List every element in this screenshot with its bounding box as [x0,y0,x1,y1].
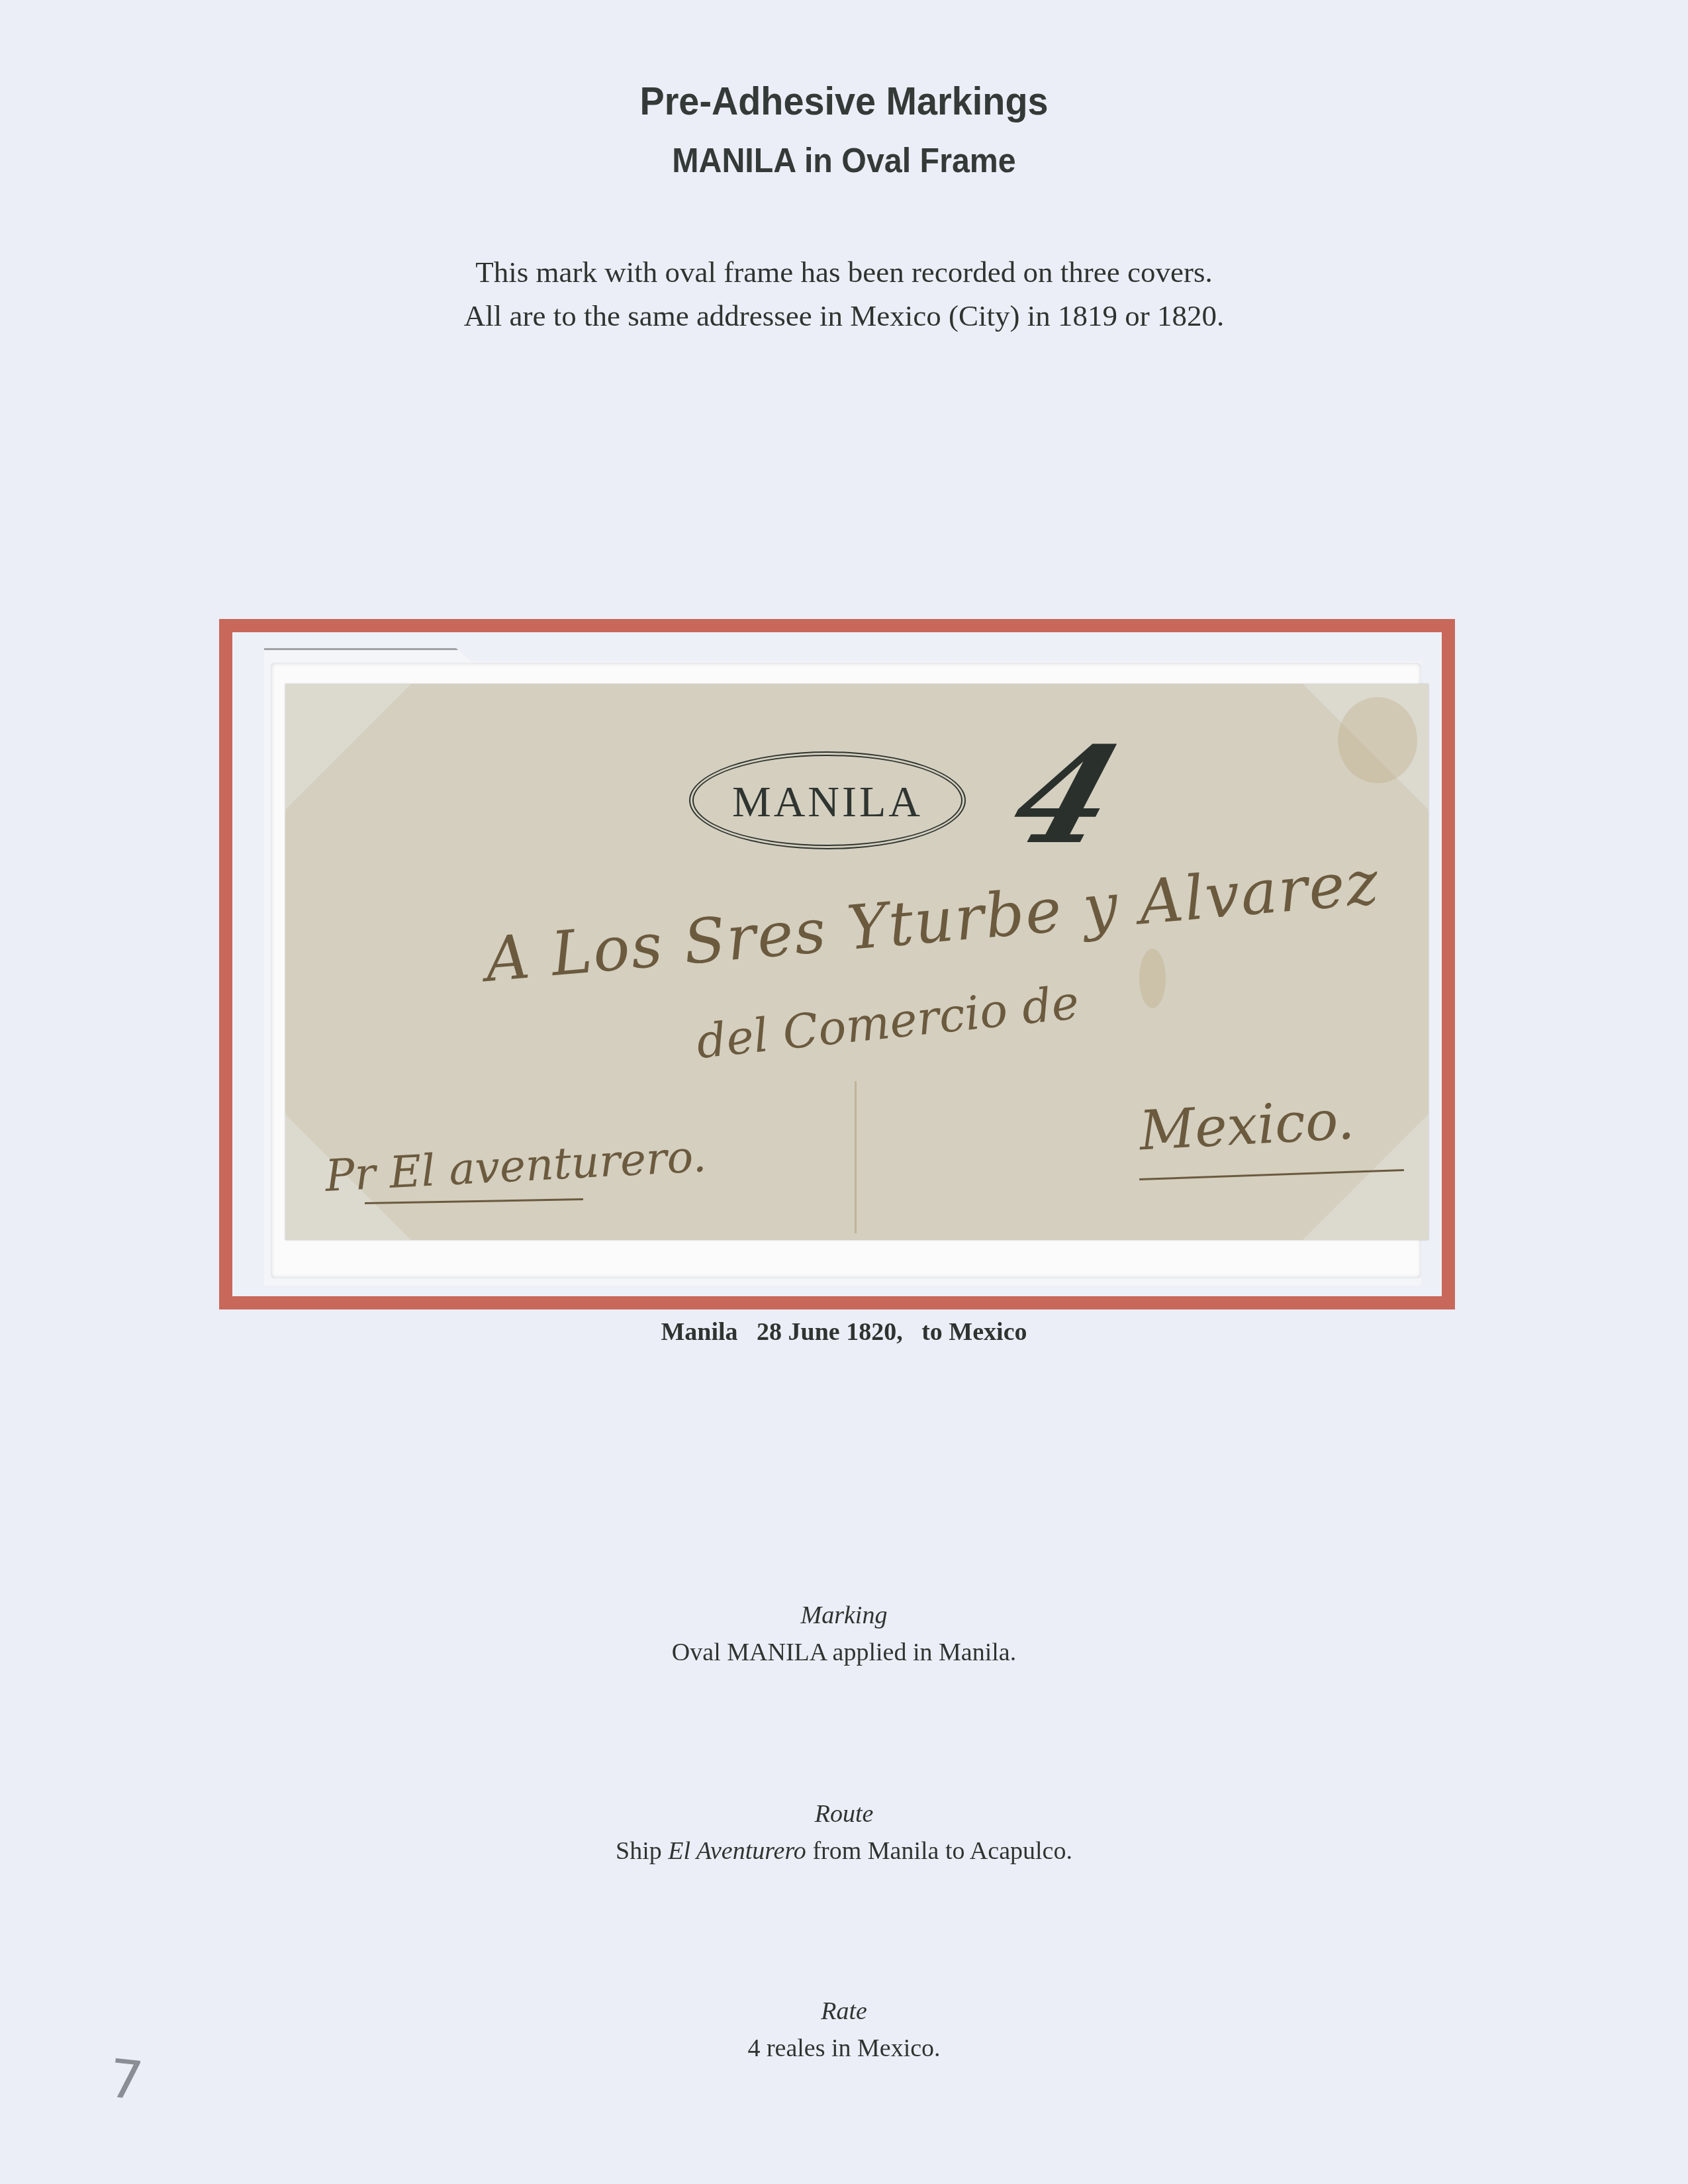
manila-oval-postmark: MANILA [689,751,966,849]
address-line-1: A Los Sres Yturbe y Alvarez [483,847,1382,996]
intro-line-2: All are to the same addressee in Mexico … [0,294,1688,338]
endorsement-underline [365,1198,583,1204]
paper-crease [855,1081,857,1233]
intro-line-1: This mark with oval frame has been recor… [0,250,1688,294]
section-heading: Route [0,1795,1688,1832]
ship-endorsement: Pr El aventurero. [324,1131,707,1202]
paper-stain [1139,949,1166,1008]
section-text: Ship El Aventurero from Manila to Acapul… [0,1832,1688,1870]
page-title: Pre-Adhesive Markings [59,78,1629,124]
section-marking: Marking Oval MANILA applied in Manila. [0,1597,1688,1671]
postal-cover-image: MANILA 4 A Los Sres Yturbe y Alvarez del… [285,684,1429,1240]
cover-frame: MANILA 4 A Los Sres Yturbe y Alvarez del… [219,619,1455,1309]
paper-stain [1338,697,1417,783]
intro-text: This mark with oval frame has been recor… [0,250,1688,338]
cover-caption: Manila 28 June 1820, to Mexico [0,1317,1688,1347]
section-route: Route Ship El Aventurero from Manila to … [0,1795,1688,1870]
page-subtitle: MANILA in Oval Frame [59,141,1629,181]
route-suffix: from Manila to Acapulco. [806,1837,1072,1865]
section-rate: Rate 4 reales in Mexico. [0,1993,1688,2067]
address-line-3: Mexico. [1138,1089,1356,1163]
section-heading: Marking [0,1597,1688,1634]
ship-name: El Aventurero [668,1837,806,1865]
rate-numeral: 4 [999,730,1134,863]
postmark-text: MANILA [732,777,923,828]
route-prefix: Ship [616,1837,668,1865]
page-number: 7 [106,2048,146,2113]
mount-corner [285,684,411,810]
section-heading: Rate [0,1993,1688,2030]
section-text: 4 reales in Mexico. [0,2030,1688,2067]
section-text: Oval MANILA applied in Manila. [0,1634,1688,1671]
address-line-2: del Comercio de [694,975,1081,1069]
